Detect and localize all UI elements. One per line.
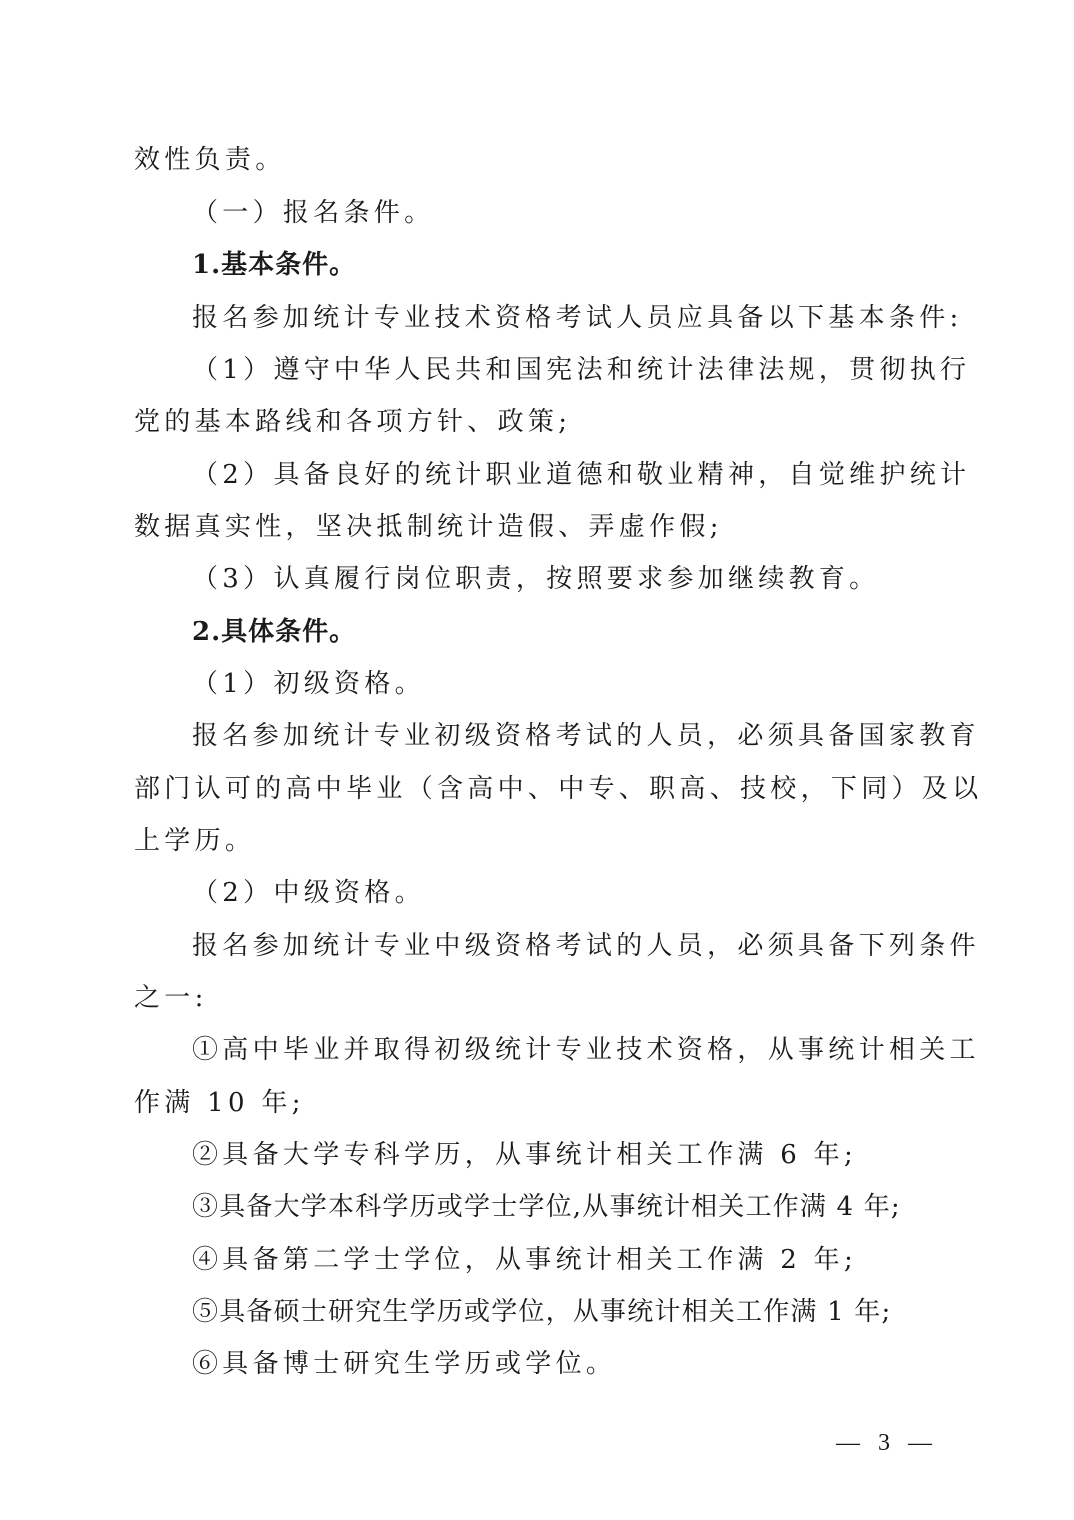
paragraph-line: （2）中级资格。 <box>192 873 1002 913</box>
paragraph-line: ②具备大学专科学历，从事统计相关工作满 6 年; <box>192 1135 1002 1175</box>
paragraph-line: 报名参加统计专业中级资格考试的人员，必须具备下列条件 <box>192 926 1002 966</box>
paragraph-line: 上学历。 <box>134 821 944 861</box>
paragraph-line: （3）认真履行岗位职责，按照要求参加继续教育。 <box>192 559 1002 599</box>
paragraph-line: 数据真实性，坚决抵制统计造假、弄虚作假; <box>134 507 944 547</box>
paragraph-line: （一）报名条件。 <box>192 193 1002 233</box>
paragraph-line: 报名参加统计专业初级资格考试的人员，必须具备国家教育 <box>192 716 1002 756</box>
paragraph-line: 之一: <box>134 978 944 1018</box>
section-heading: 2.具体条件。 <box>192 612 1002 652</box>
paragraph-line: ③具备大学本科学历或学士学位,从事统计相关工作满 4 年; <box>192 1187 1002 1227</box>
paragraph-line: （1）初级资格。 <box>192 664 1002 704</box>
paragraph-line: ⑤具备硕士研究生学历或学位，从事统计相关工作满 1 年; <box>192 1292 1002 1332</box>
paragraph-line: 部门认可的高中毕业（含高中、中专、职高、技校，下同）及以 <box>134 769 944 809</box>
paragraph-line: ⑥具备博士研究生学历或学位。 <box>192 1344 1002 1384</box>
section-heading: 1.基本条件。 <box>192 245 1002 285</box>
paragraph-line: 报名参加统计专业技术资格考试人员应具备以下基本条件: <box>192 298 1002 338</box>
document-page: 效性负责。（一）报名条件。1.基本条件。报名参加统计专业技术资格考试人员应具备以… <box>0 0 1074 1520</box>
paragraph-line: （2）具备良好的统计职业道德和敬业精神，自觉维护统计 <box>192 455 1002 495</box>
paragraph-line: 党的基本路线和各项方针、政策; <box>134 402 944 442</box>
page-number: — 3 — <box>836 1428 938 1458</box>
paragraph-line: ④具备第二学士学位，从事统计相关工作满 2 年; <box>192 1240 1002 1280</box>
paragraph-line: ①高中毕业并取得初级统计专业技术资格，从事统计相关工 <box>192 1030 1002 1070</box>
paragraph-line: 作满 10 年; <box>134 1083 944 1123</box>
paragraph-line: （1）遵守中华人民共和国宪法和统计法律法规，贯彻执行 <box>192 350 1002 390</box>
paragraph-line: 效性负责。 <box>134 140 944 180</box>
